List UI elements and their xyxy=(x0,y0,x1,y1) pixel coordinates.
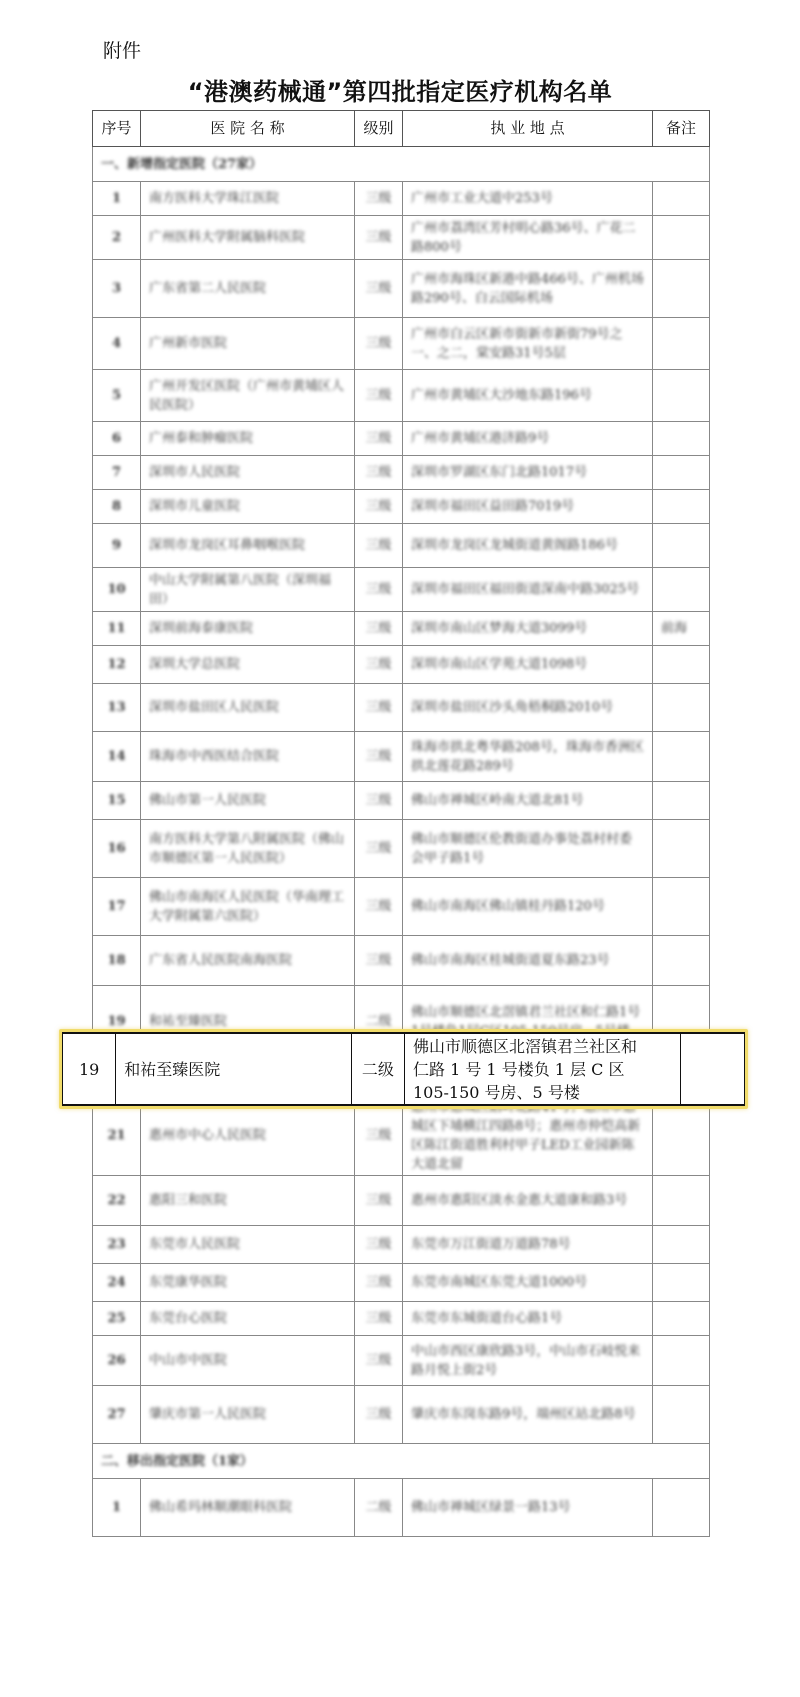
hospital-level: 三级 xyxy=(355,216,403,260)
hospital-name: 深圳市人民医院 xyxy=(141,456,355,490)
table-row: 10中山大学附属第八医院（深圳福田）三级深圳市福田区福田街道深南中路3025号 xyxy=(93,568,710,612)
hospital-name: 中山大学附属第八医院（深圳福田） xyxy=(141,568,355,612)
highlight-address: 佛山市顺德区北滘镇君兰社区和 仁路 1 号 1 号楼负 1 层 C 区 105-… xyxy=(404,1033,680,1105)
table-row: 25东莞台心医院三级东莞市东城街道台心路1号 xyxy=(93,1302,710,1336)
hospital-address: 惠州市惠阳区淡水金惠大道康和路3号 xyxy=(403,1176,653,1226)
hospital-name: 广东省第二人民医院 xyxy=(141,260,355,318)
hospital-address: 深圳市罗湖区东门北路1017号 xyxy=(403,456,653,490)
table-row: 13深圳市盐田区人民医院三级深圳市盐田区沙头角梧桐路2010号 xyxy=(93,684,710,732)
table-row: 1南方医科大学珠江医院三级广州市工业大道中253号 xyxy=(93,182,710,216)
table-row: 16南方医科大学第八附属医院（佛山市顺德区第一人民医院）三级佛山市顺德区伦教街道… xyxy=(93,820,710,878)
hospital-level: 三级 xyxy=(355,260,403,318)
section-heading: 二、移出指定医院（1家） xyxy=(93,1444,710,1479)
table-row: 18广东省人民医院南海医院三级佛山市南海区桂城街道夏东路23号 xyxy=(93,936,710,986)
section-heading-row: 二、移出指定医院（1家） xyxy=(93,1444,710,1479)
hospital-note xyxy=(653,182,710,216)
hospital-address: 深圳市福田区福田街道深南中路3025号 xyxy=(403,568,653,612)
section-heading-row: 一、新增指定医院（27家） xyxy=(93,147,710,182)
hospital-note xyxy=(653,1336,710,1386)
hospital-level: 三级 xyxy=(355,1302,403,1336)
row-number: 4 xyxy=(93,318,141,370)
hospital-level: 三级 xyxy=(355,568,403,612)
table-row: 3广东省第二人民医院三级广州市海珠区新港中路466号、广州机场路290号、白云国… xyxy=(93,260,710,318)
hospital-address: 肇庆市东岗东路9号，端州区站北路8号 xyxy=(403,1386,653,1444)
hospital-note xyxy=(653,1386,710,1444)
hospital-address: 广州市白云区新市街新市新街79号之一、之二，棠安路31号5层 xyxy=(403,318,653,370)
hospital-address: 广州市工业大道中253号 xyxy=(403,182,653,216)
hospital-name: 深圳市龙岗区耳鼻咽喉医院 xyxy=(141,524,355,568)
hospital-note xyxy=(653,422,710,456)
hospital-level: 三级 xyxy=(355,524,403,568)
hospital-note xyxy=(653,732,710,782)
table-row: 27肇庆市第一人民医院三级肇庆市东岗东路9号，端州区站北路8号 xyxy=(93,1386,710,1444)
hospital-name: 佛山市第一人民医院 xyxy=(141,782,355,820)
hospital-level: 三级 xyxy=(355,1336,403,1386)
hospital-level: 三级 xyxy=(355,646,403,684)
hospital-level: 二级 xyxy=(355,1479,403,1537)
row-number: 10 xyxy=(93,568,141,612)
hospital-level: 三级 xyxy=(355,1226,403,1264)
row-number: 5 xyxy=(93,370,141,422)
table-row: 4广州新市医院三级广州市白云区新市街新市新街79号之一、之二，棠安路31号5层 xyxy=(93,318,710,370)
hospital-level: 三级 xyxy=(355,684,403,732)
hospital-note xyxy=(653,878,710,936)
highlight-no: 19 xyxy=(63,1033,116,1105)
hospital-note xyxy=(653,1226,710,1264)
table-row: 6广州泰和肿瘤医院三级广州市黄埔区港济路9号 xyxy=(93,422,710,456)
hospital-name: 东莞康华医院 xyxy=(141,1264,355,1302)
hospital-address: 东莞市南城区东莞大道1000号 xyxy=(403,1264,653,1302)
hospital-level: 三级 xyxy=(355,182,403,216)
hospital-level: 三级 xyxy=(355,936,403,986)
row-number: 1 xyxy=(93,1479,141,1537)
hospital-level: 三级 xyxy=(355,782,403,820)
annex-label: 附件 xyxy=(103,36,141,63)
hospital-note xyxy=(653,456,710,490)
table-row: 17佛山市南海区人民医院（华南理工大学附属第六医院）三级佛山市南海区佛山镇桂丹路… xyxy=(93,878,710,936)
hospital-name: 南方医科大学珠江医院 xyxy=(141,182,355,216)
row-number: 23 xyxy=(93,1226,141,1264)
row-number: 22 xyxy=(93,1176,141,1226)
table-row: 11深圳前海泰康医院三级深圳市南山区梦海大道3099号前海 xyxy=(93,612,710,646)
row-number: 9 xyxy=(93,524,141,568)
hospital-address: 东莞市东城街道台心路1号 xyxy=(403,1302,653,1336)
hospital-name: 深圳市盐田区人民医院 xyxy=(141,684,355,732)
hospital-name: 中山市中医院 xyxy=(141,1336,355,1386)
row-number: 17 xyxy=(93,878,141,936)
column-header-note: 备注 xyxy=(653,111,710,147)
hospital-note xyxy=(653,1176,710,1226)
hospital-address: 佛山市南海区佛山镇桂丹路120号 xyxy=(403,878,653,936)
hospital-address: 广州市海珠区新港中路466号、广州机场路290号、白云国际机场 xyxy=(403,260,653,318)
section-heading: 一、新增指定医院（27家） xyxy=(93,147,710,182)
hospital-name: 广州泰和肿瘤医院 xyxy=(141,422,355,456)
highlight-address-line: 105-150 号房、5 号楼 xyxy=(413,1081,672,1104)
hospital-level: 三级 xyxy=(355,878,403,936)
hospital-level: 三级 xyxy=(355,1264,403,1302)
row-number: 15 xyxy=(93,782,141,820)
column-header-no: 序号 xyxy=(93,111,141,147)
column-header-name: 医 院 名 称 xyxy=(141,111,355,147)
table-row: 15佛山市第一人民医院三级佛山市禅城区岭南大道北81号 xyxy=(93,782,710,820)
row-number: 11 xyxy=(93,612,141,646)
hospital-address: 广州市荔湾区芳村明心路36号、广花二路800号 xyxy=(403,216,653,260)
hospital-name: 广州新市医院 xyxy=(141,318,355,370)
hospital-name: 广东省人民医院南海医院 xyxy=(141,936,355,986)
hospital-note xyxy=(653,1264,710,1302)
hospital-note xyxy=(653,1302,710,1336)
hospital-address: 深圳市盐田区沙头角梧桐路2010号 xyxy=(403,684,653,732)
hospital-level: 三级 xyxy=(355,612,403,646)
hospital-level: 三级 xyxy=(355,422,403,456)
hospital-name: 东莞市人民医院 xyxy=(141,1226,355,1264)
table-body: 一、新增指定医院（27家）1南方医科大学珠江医院三级广州市工业大道中253号2广… xyxy=(93,147,710,1537)
row-number: 26 xyxy=(93,1336,141,1386)
hospital-address: 佛山市南海区桂城街道夏东路23号 xyxy=(403,936,653,986)
row-number: 3 xyxy=(93,260,141,318)
column-header-level: 级别 xyxy=(355,111,403,147)
hospital-note xyxy=(653,936,710,986)
hospital-address: 广州市黄埔区大沙地东路196号 xyxy=(403,370,653,422)
hospital-name: 深圳市儿童医院 xyxy=(141,490,355,524)
hospital-note: 前海 xyxy=(653,612,710,646)
hospital-address: 深圳市南山区梦海大道3099号 xyxy=(403,612,653,646)
table-row: 14珠海市中西医结合医院三级珠海市拱北粤华路208号，珠海市香洲区拱北莲花路28… xyxy=(93,732,710,782)
column-header-address: 执 业 地 点 xyxy=(403,111,653,147)
row-number: 25 xyxy=(93,1302,141,1336)
table-row: 7深圳市人民医院三级深圳市罗湖区东门北路1017号 xyxy=(93,456,710,490)
hospital-note xyxy=(653,782,710,820)
table-row: 9深圳市龙岗区耳鼻咽喉医院三级深圳市龙岗区龙城街道黄阁路186号 xyxy=(93,524,710,568)
hospital-address: 佛山市禅城区岭南大道北81号 xyxy=(403,782,653,820)
row-number: 24 xyxy=(93,1264,141,1302)
hospital-name: 东莞台心医院 xyxy=(141,1302,355,1336)
highlight-address-line: 佛山市顺德区北滘镇君兰社区和 xyxy=(413,1035,672,1058)
row-number: 12 xyxy=(93,646,141,684)
hospital-name: 广州医科大学附属脑科医院 xyxy=(141,216,355,260)
hospital-name: 惠阳三和医院 xyxy=(141,1176,355,1226)
row-number: 2 xyxy=(93,216,141,260)
hospital-name: 南方医科大学第八附属医院（佛山市顺德区第一人民医院） xyxy=(141,820,355,878)
hospital-level: 三级 xyxy=(355,318,403,370)
highlighted-table-row: 19 和祐至臻医院 二级 佛山市顺德区北滘镇君兰社区和 仁路 1 号 1 号楼负… xyxy=(63,1033,745,1105)
document-page: 附件 “港澳药械通”第四批指定医疗机构名单 序号 医 院 名 称 级别 执 业 … xyxy=(0,0,800,1697)
hospital-name: 深圳前海泰康医院 xyxy=(141,612,355,646)
row-number: 6 xyxy=(93,422,141,456)
hospital-level: 三级 xyxy=(355,1176,403,1226)
hospital-note xyxy=(653,490,710,524)
hospital-address: 佛山市顺德区伦教街道办事处荔村村委会甲子路1号 xyxy=(403,820,653,878)
row-number: 18 xyxy=(93,936,141,986)
hospital-list-table: 序号 医 院 名 称 级别 执 业 地 点 备注 一、新增指定医院（27家）1南… xyxy=(92,110,710,1537)
hospital-note xyxy=(653,370,710,422)
hospital-note xyxy=(653,216,710,260)
row-number: 13 xyxy=(93,684,141,732)
hospital-level: 三级 xyxy=(355,490,403,524)
hospital-level: 三级 xyxy=(355,370,403,422)
hospital-name: 肇庆市第一人民医院 xyxy=(141,1386,355,1444)
hospital-level: 三级 xyxy=(355,456,403,490)
hospital-note xyxy=(653,646,710,684)
table-row: 12深圳大学总医院三级深圳市南山区学苑大道1098号 xyxy=(93,646,710,684)
hospital-name: 佛山市南海区人民医院（华南理工大学附属第六医院） xyxy=(141,878,355,936)
highlight-hospital-name: 和祐至臻医院 xyxy=(116,1033,352,1105)
document-title: “港澳药械通”第四批指定医疗机构名单 xyxy=(0,72,800,107)
row-number: 1 xyxy=(93,182,141,216)
hospital-address: 深圳市南山区学苑大道1098号 xyxy=(403,646,653,684)
hospital-level: 三级 xyxy=(355,732,403,782)
row-number: 27 xyxy=(93,1386,141,1444)
table-row: 2广州医科大学附属脑科医院三级广州市荔湾区芳村明心路36号、广花二路800号 xyxy=(93,216,710,260)
hospital-note xyxy=(653,260,710,318)
hospital-name: 佛山希玛林顺潮眼科医院 xyxy=(141,1479,355,1537)
highlight-level: 二级 xyxy=(351,1033,404,1105)
highlight-note xyxy=(681,1033,745,1105)
hospital-address: 佛山市禅城区绿景一路13号 xyxy=(403,1479,653,1537)
hospital-level: 三级 xyxy=(355,820,403,878)
hospital-note xyxy=(653,684,710,732)
hospital-note xyxy=(653,524,710,568)
hospital-address: 珠海市拱北粤华路208号，珠海市香洲区拱北莲花路289号 xyxy=(403,732,653,782)
hospital-address: 深圳市福田区益田路7019号 xyxy=(403,490,653,524)
hospital-note xyxy=(653,820,710,878)
highlight-address-line: 仁路 1 号 1 号楼负 1 层 C 区 xyxy=(413,1058,672,1081)
table-row: 1佛山希玛林顺潮眼科医院二级佛山市禅城区绿景一路13号 xyxy=(93,1479,710,1537)
row-number: 8 xyxy=(93,490,141,524)
table-row: 26中山市中医院三级中山市西区康欣路3号，中山市石岐悦来路月悦上街2号 xyxy=(93,1336,710,1386)
row-number: 16 xyxy=(93,820,141,878)
table-row: 5广州开发区医院（广州市黄埔区人民医院）三级广州市黄埔区大沙地东路196号 xyxy=(93,370,710,422)
hospital-level: 三级 xyxy=(355,1386,403,1444)
hospital-name: 珠海市中西医结合医院 xyxy=(141,732,355,782)
hospital-note xyxy=(653,568,710,612)
table-header-row: 序号 医 院 名 称 级别 执 业 地 点 备注 xyxy=(93,111,710,147)
highlighted-row-callout: 19 和祐至臻医院 二级 佛山市顺德区北滘镇君兰社区和 仁路 1 号 1 号楼负… xyxy=(59,1029,748,1109)
table-row: 22惠阳三和医院三级惠州市惠阳区淡水金惠大道康和路3号 xyxy=(93,1176,710,1226)
hospital-address: 东莞市万江街道万道路78号 xyxy=(403,1226,653,1264)
table-row: 8深圳市儿童医院三级深圳市福田区益田路7019号 xyxy=(93,490,710,524)
table-row: 23东莞市人民医院三级东莞市万江街道万道路78号 xyxy=(93,1226,710,1264)
row-number: 14 xyxy=(93,732,141,782)
hospital-address: 广州市黄埔区港济路9号 xyxy=(403,422,653,456)
hospital-name: 深圳大学总医院 xyxy=(141,646,355,684)
row-number: 7 xyxy=(93,456,141,490)
hospital-note xyxy=(653,1479,710,1537)
hospital-address: 中山市西区康欣路3号，中山市石岐悦来路月悦上街2号 xyxy=(403,1336,653,1386)
hospital-note xyxy=(653,318,710,370)
hospital-address: 深圳市龙岗区龙城街道黄阁路186号 xyxy=(403,524,653,568)
table-row: 24东莞康华医院三级东莞市南城区东莞大道1000号 xyxy=(93,1264,710,1302)
hospital-name: 广州开发区医院（广州市黄埔区人民医院） xyxy=(141,370,355,422)
